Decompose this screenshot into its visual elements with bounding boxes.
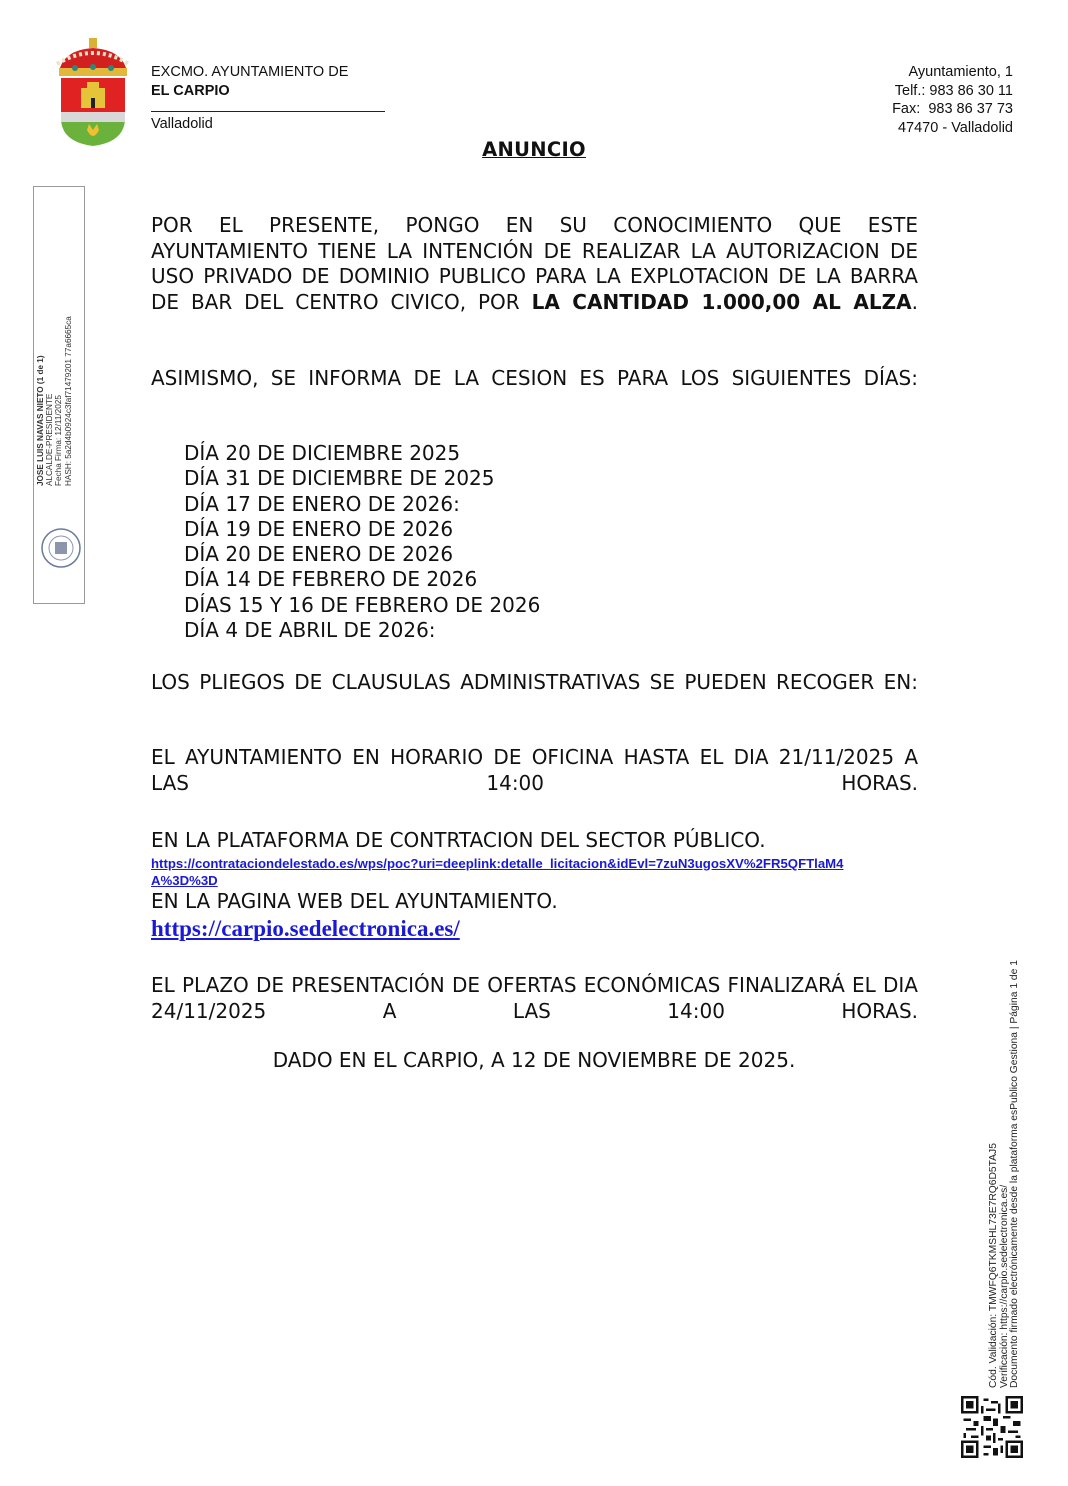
list-item: DÍA 17 DE ENERO DE 2026: (184, 492, 540, 517)
intro-end: . (912, 290, 918, 314)
paragraph-platforms: EN LA PLATAFORMA DE CONTRTACION DEL SECT… (151, 828, 918, 944)
list-item: DÍA 31 DE DICIEMBRE DE 2025 (184, 466, 540, 491)
contact-fax: Fax: 983 86 37 73 (892, 100, 1013, 119)
list-item: DÍA 14 DE FEBRERO DE 2026 (184, 567, 540, 592)
qr-code-icon (961, 1396, 1023, 1458)
org-name-line1: EXCMO. AYUNTAMIENTO DE (151, 63, 385, 82)
contratacion-link[interactable]: https://contrataciondelestado.es/wps/poc… (151, 855, 851, 889)
sede-electronica-link[interactable]: https://carpio.sedelectronica.es/ (151, 916, 460, 941)
signature-text: JOSE LUIS NAVAS NIETO (1 de 1) ALCALDE-P… (36, 306, 73, 486)
org-name-line2: EL CARPIO (151, 82, 385, 101)
closing-line: DADO EN EL CARPIO, A 12 DE NOVIEMBRE DE … (0, 1048, 1068, 1072)
paragraph-deadline: EL PLAZO DE PRESENTACIÓN DE OFERTAS ECON… (151, 973, 918, 1024)
paragraph-dates-intro: ASIMISMO, SE INFORMA DE LA CESION ES PAR… (151, 366, 918, 392)
web-line: EN LA PAGINA WEB DEL AYUNTAMIENTO. (151, 889, 918, 915)
validation-text: Cód. Validación: TMWFQ6TKMSHL73E7RQ6D5TA… (989, 960, 1021, 1388)
amount-highlight: LA CANTIDAD 1.000,00 AL ALZA (532, 290, 912, 314)
list-item: DÍA 20 DE DICIEMBRE 2025 (184, 441, 540, 466)
contact-phone: Telf.: 983 86 30 11 (892, 82, 1013, 101)
document-title: ANUNCIO (0, 138, 1068, 161)
paragraph-intro: POR EL PRESENTE, PONGO EN SU CONOCIMIENT… (151, 213, 918, 315)
paragraph-pliegos: LOS PLIEGOS DE CLAUSULAS ADMINISTRATIVAS… (151, 670, 918, 696)
validation-code: Cód. Validación: TMWFQ6TKMSHL73E7RQ6D5TA… (989, 960, 1000, 1388)
dates-list: DÍA 20 DE DICIEMBRE 2025 DÍA 31 DE DICIE… (184, 441, 540, 643)
municipal-seal-icon (40, 527, 82, 569)
coat-of-arms-icon (53, 38, 133, 148)
signature-date: Fecha Firma: 12/11/2025 (54, 306, 63, 486)
signature-hash: HASH: 5a2d4b0924c3faf71479201 77a6665ca (64, 306, 73, 486)
organization-header: EXCMO. AYUNTAMIENTO DE EL CARPIO Vallado… (151, 63, 385, 134)
header-divider (151, 100, 385, 112)
contact-block: Ayuntamiento, 1 Telf.: 983 86 30 11 Fax:… (892, 63, 1013, 137)
paragraph-office-hours: EL AYUNTAMIENTO EN HORARIO DE OFICINA HA… (151, 745, 918, 796)
list-item: DÍAS 15 Y 16 DE FEBRERO DE 2026 (184, 593, 540, 618)
org-province: Valladolid (151, 115, 385, 134)
list-item: DÍA 19 DE ENERO DE 2026 (184, 517, 540, 542)
signer-name: JOSE LUIS NAVAS NIETO (1 de 1) (36, 306, 45, 486)
platform-line: EN LA PLATAFORMA DE CONTRTACION DEL SECT… (151, 828, 918, 854)
list-item: DÍA 4 DE ABRIL DE 2026: (184, 618, 540, 643)
contact-address: Ayuntamiento, 1 (892, 63, 1013, 82)
contact-postal: 47470 - Valladolid (892, 119, 1013, 138)
signer-role: ALCALDE-PRESIDENTE (45, 306, 54, 486)
list-item: DÍA 20 DE ENERO DE 2026 (184, 542, 540, 567)
validation-signed-note: Documento firmado electrónicamente desde… (1010, 960, 1021, 1388)
